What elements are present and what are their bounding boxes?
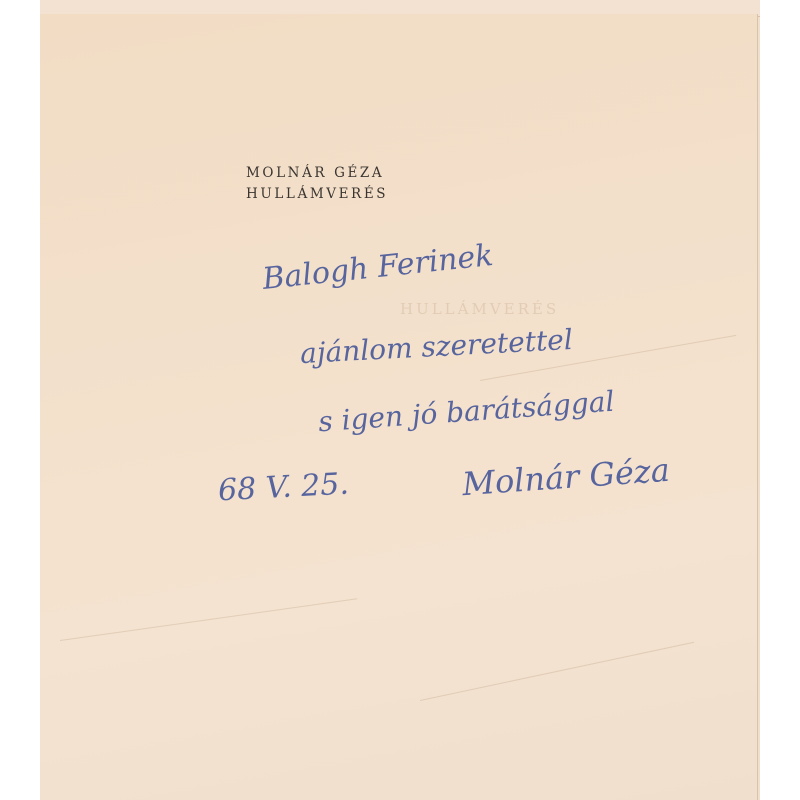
author-signature: Molnár Géza	[461, 451, 671, 503]
dedication-date: 68 V. 25.	[217, 467, 350, 509]
handwritten-dedication: Balogh Ferinek ajánlom szeretettel s ige…	[0, 0, 800, 800]
dedication-line-3: s igen jó barátsággal	[317, 385, 615, 439]
dedication-line-2: ajánlom szeretettel	[299, 323, 573, 370]
scanned-book-page: HULLÁMVERÉS MOLNÁR GÉZA HULLÁMVERÉS Balo…	[0, 0, 800, 800]
dedication-line-1: Balogh Ferinek	[261, 238, 495, 297]
